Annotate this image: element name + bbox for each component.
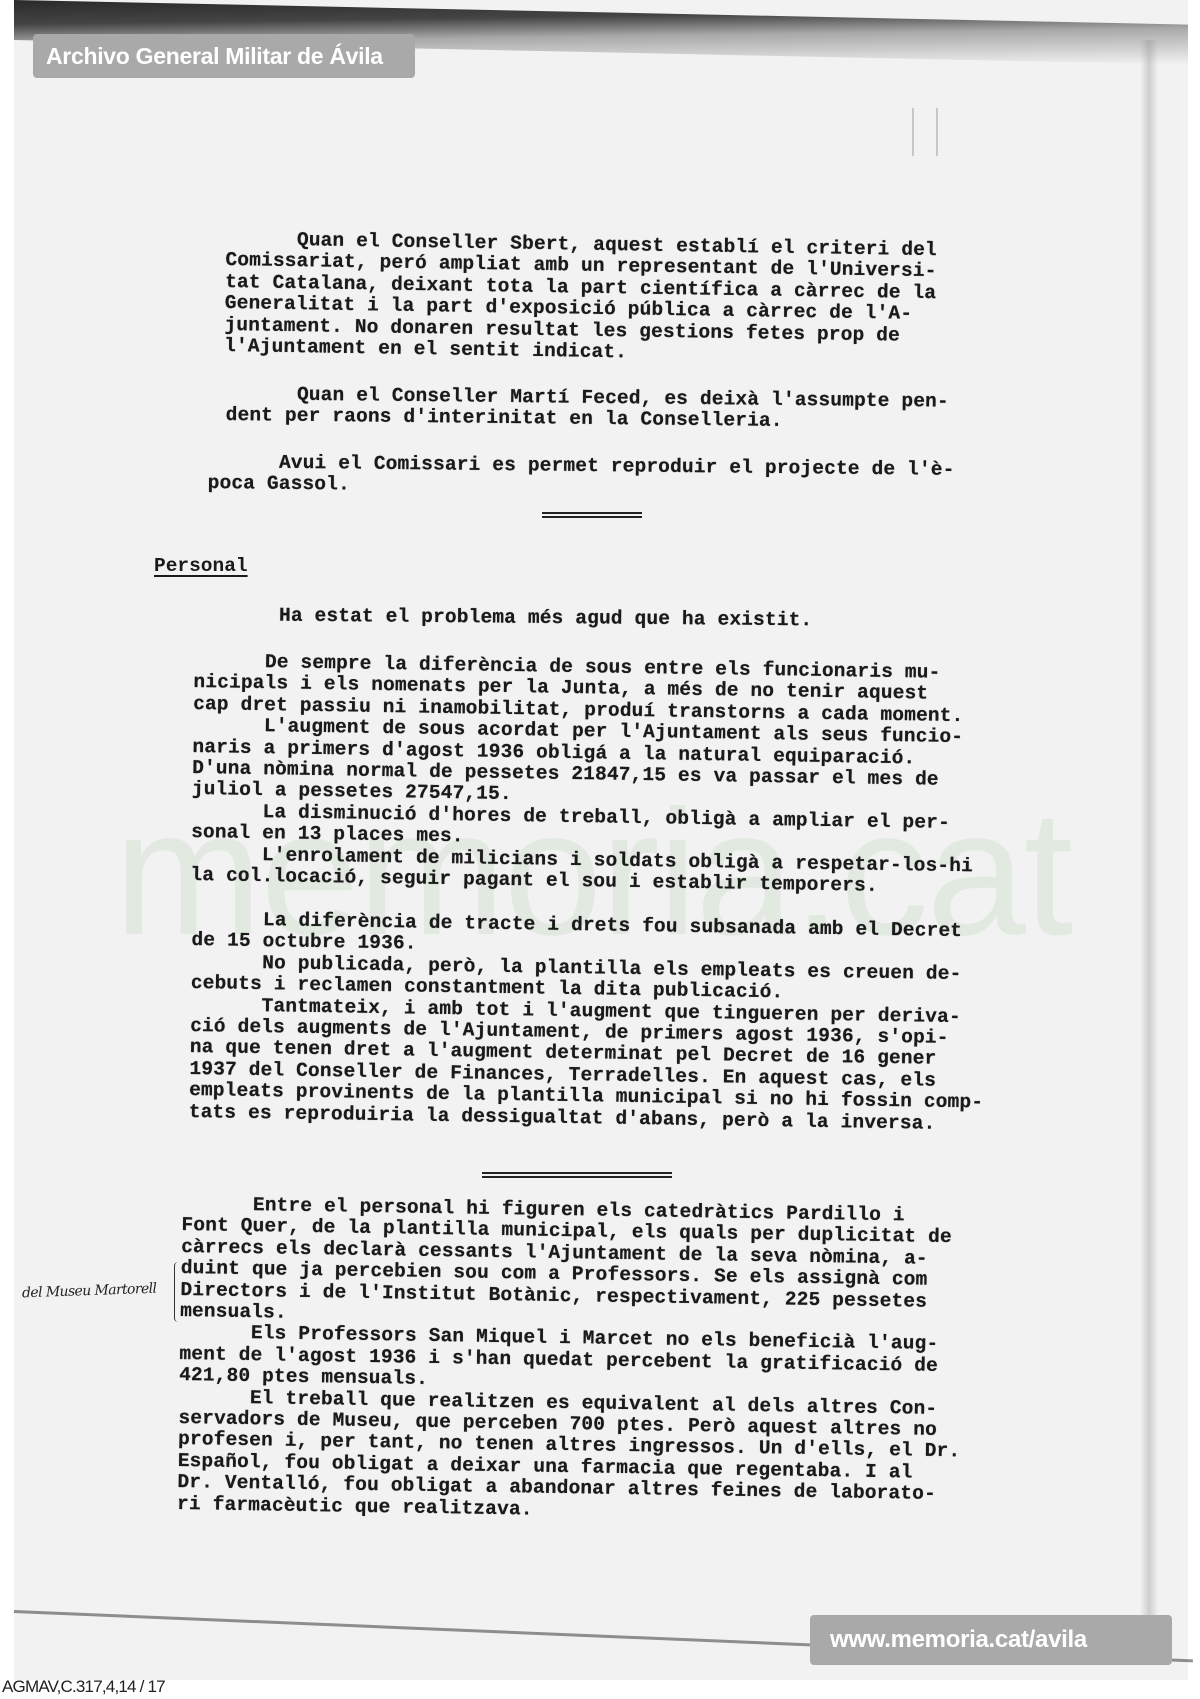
archive-reference: AGMAV,C.317,4,14 / 17 bbox=[2, 1677, 165, 1697]
site-badge: www.memoria.cat/avila bbox=[810, 1615, 1172, 1665]
text-line: mensuals. bbox=[180, 1300, 287, 1324]
margin-brace bbox=[174, 1262, 181, 1322]
separator-line bbox=[542, 512, 642, 518]
faint-stamp-mark bbox=[912, 108, 938, 156]
section-heading-personal: Personal bbox=[154, 555, 248, 577]
text-line: poca Gassol. bbox=[208, 472, 350, 495]
separator-line bbox=[482, 1172, 672, 1178]
archive-badge: Archivo General Militar de Ávila bbox=[33, 34, 415, 78]
